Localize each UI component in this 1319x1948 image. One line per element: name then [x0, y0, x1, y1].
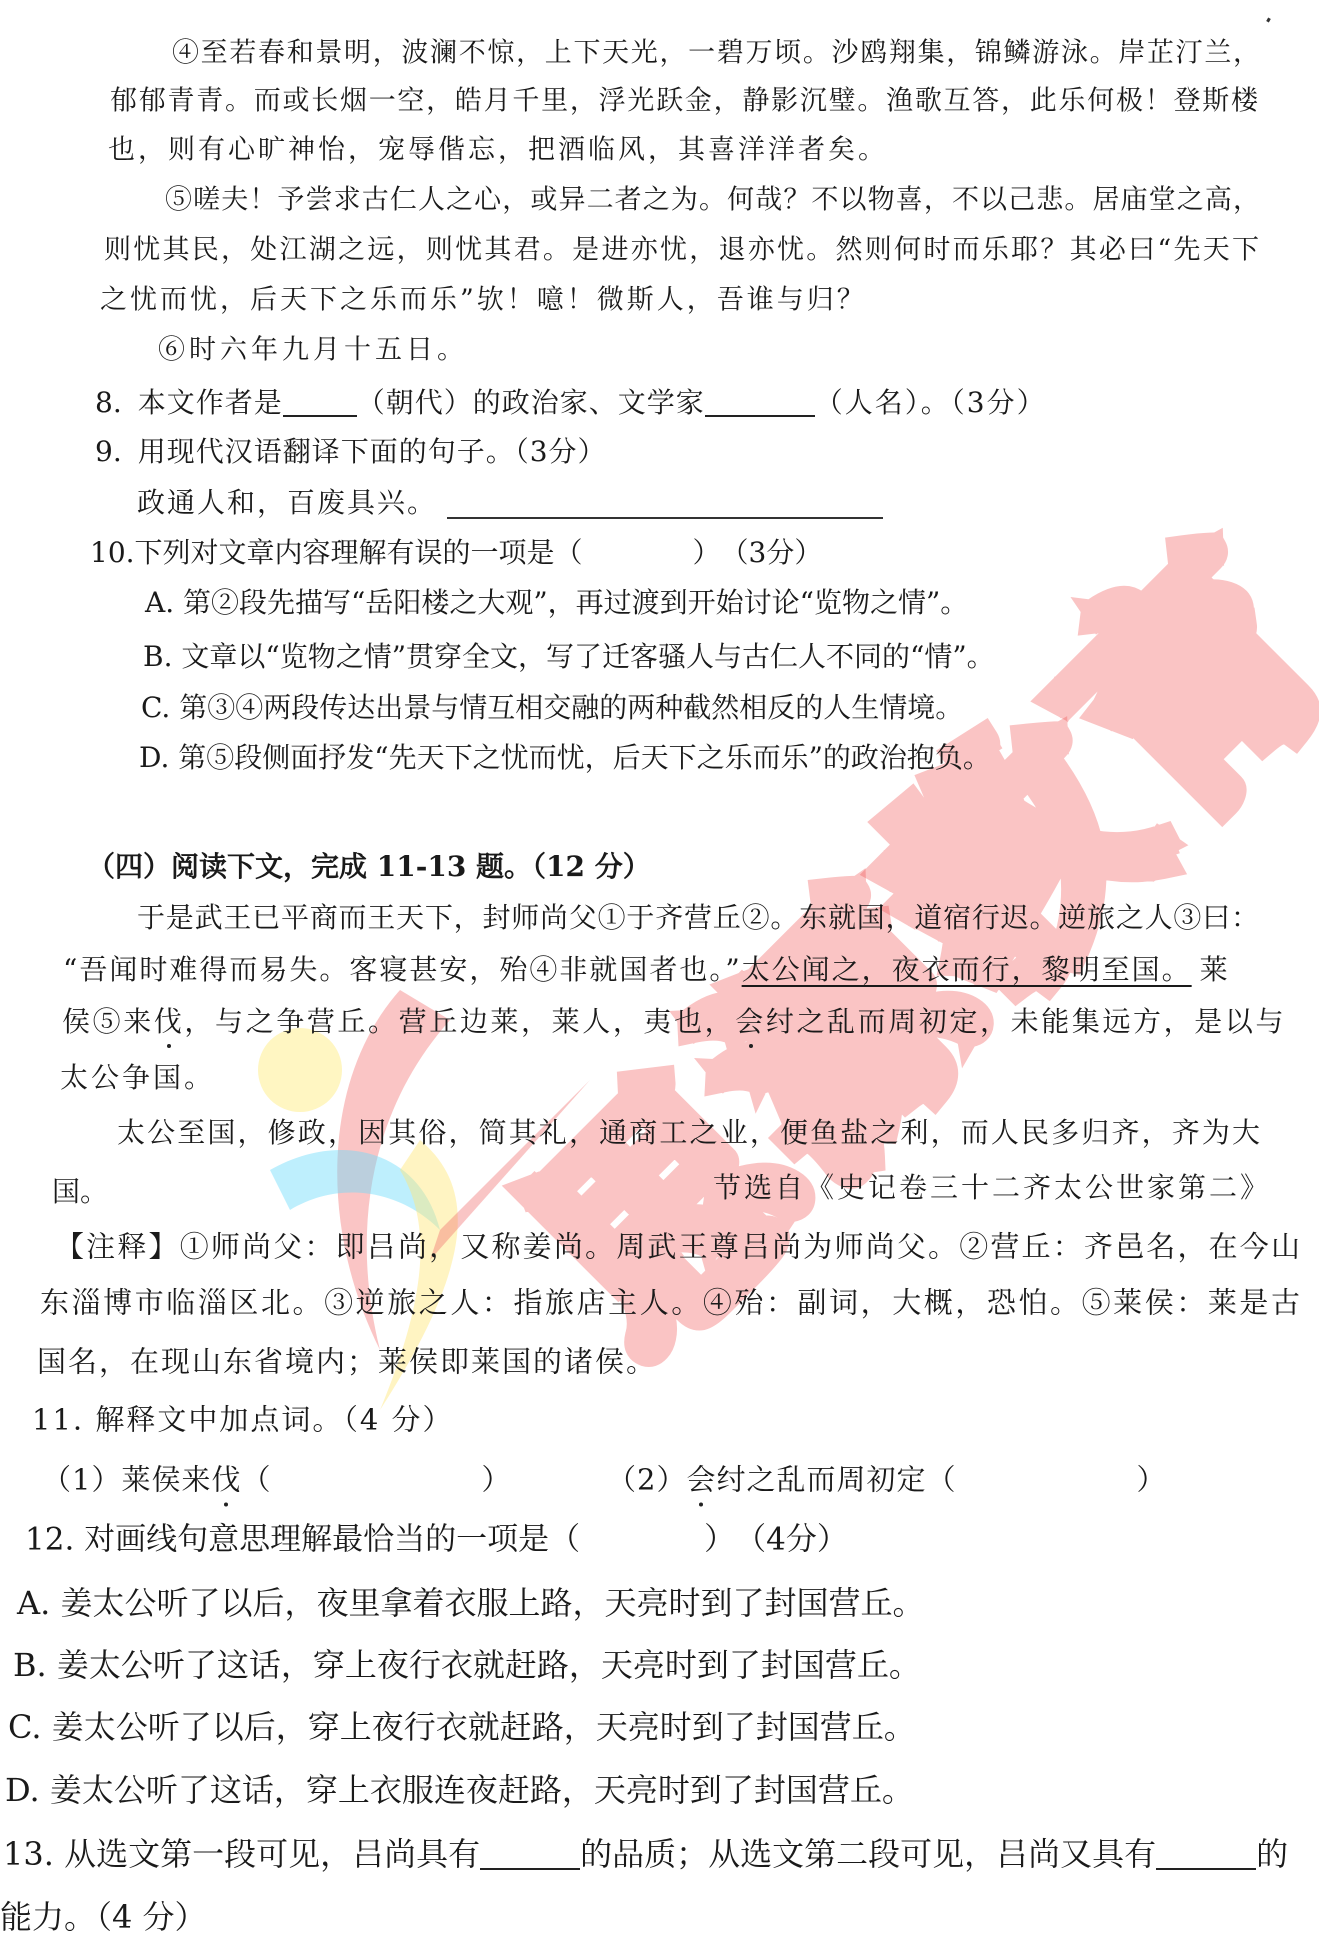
q9-prompt: 用现代汉语翻译下面的句子。（3分）	[138, 435, 607, 468]
q10-option-b: B. 文章以“览物之情”贯穿全文，写了迁客骚人与古仁人不同的“情”。	[143, 643, 995, 671]
q13-blank-1[interactable]	[480, 1836, 580, 1870]
passage-para5-line1: ⑤嗟夫！予尝求古仁人之心，或异二者之为。何哉？不以物喜，不以己悲。居庙堂之高，	[165, 187, 1260, 214]
q8-name-blank[interactable]	[705, 387, 815, 417]
document-content: ④至若春和景明，波澜不惊，上下天光，一碧万顷。沙鸥翔集，锦鳞游泳。岸芷汀兰， 郁…	[0, 0, 1319, 1948]
notes-line1: 【注释】①师尚父：即吕尚，又称姜尚。周武王尊吕尚为师尚父。②营丘：齐邑名，在今山	[55, 1233, 1300, 1262]
q11-item1-answer[interactable]: （ ）	[241, 1463, 511, 1497]
question-8: 8.本文作者是（朝代）的政治家、文学家（人名）。（3分）	[95, 387, 1047, 417]
q13-blank-2[interactable]	[1156, 1836, 1256, 1870]
section4-para1-line4: 太公争国。	[60, 1064, 215, 1092]
q8-dynasty-blank[interactable]	[283, 387, 357, 417]
notes-line3: 国名，在现山东省境内；莱侯即莱国的诸侯。	[37, 1348, 657, 1377]
passage-para6: ⑥时六年九月十五日。	[158, 337, 468, 364]
q13-text-c: 的	[1256, 1835, 1288, 1873]
passage-para4-line1: ④至若春和景明，波澜不惊，上下天光，一碧万顷。沙鸥翔集，锦鳞游泳。岸芷汀兰，	[172, 40, 1260, 67]
scan-speck	[1266, 18, 1271, 23]
line3-part-a: 侯⑤来	[62, 1005, 154, 1038]
q10-option-d: D. 第⑤段侧面抒发“先天下之忧而忧，后天下之乐而乐”的政治抱负。	[139, 744, 991, 772]
question-9: 9.用现代汉语翻译下面的句子。（3分）	[95, 438, 607, 466]
q11-item2-answer[interactable]: （ ）	[926, 1463, 1166, 1497]
q8-text-before: 本文作者是	[138, 386, 283, 419]
q13-text-b: 的品质；从选文第二段可见，吕尚又具有	[580, 1835, 1156, 1873]
q12-option-b: B. 姜太公听了这话，穿上夜行衣就赶路，天亮时到了封国营丘。	[13, 1649, 921, 1681]
q8-number: 8.	[95, 386, 122, 419]
q12-option-d: D. 姜太公听了这话，穿上衣服连夜赶路，天亮时到了封国营丘。	[5, 1774, 914, 1806]
q10-prompt: 下列对文章内容理解有误的一项是（	[135, 536, 583, 569]
q11-item2-label: （2）	[607, 1463, 686, 1497]
q13-line2: 能力。（4 分）	[0, 1901, 207, 1933]
q9-sentence: 政通人和，百废具兴。	[137, 489, 437, 517]
section4-para2-line1: 太公至国，修政，因其俗，简其礼，通商工之业，便鱼盐之利，而人民多归齐，齐为大	[117, 1119, 1260, 1147]
underlined-sentence: 太公闻之，夜衣而行，黎明至国。	[742, 953, 1192, 986]
q10-prompt-close: ） （3分）	[693, 536, 823, 569]
question-10: 10.下列对文章内容理解有误的一项是（） （3分）	[90, 539, 822, 567]
section4-para1-line3: 侯⑤来伐，与之争营丘。营丘边莱，莱人，夷也，会纣之乱而周初定，未能集远方，是以与	[62, 1008, 1286, 1036]
line3-part-b: ，与之争营丘。营丘边莱，莱人，夷也，	[184, 1005, 735, 1038]
q10-option-c: C. 第③④两段传达出景与情互相交融的两种截然相反的人生情境。	[141, 694, 963, 722]
dotted-word-fa-q11: 伐	[211, 1463, 241, 1497]
section4-para2-line2: 国。	[52, 1178, 108, 1206]
q13-text-a: 13. 从选文第一段可见，吕尚具有	[3, 1835, 480, 1873]
q8-text-mid: （朝代）的政治家、文学家	[357, 386, 705, 419]
question-13: 13. 从选文第一段可见，吕尚具有的品质；从选文第二段可见，吕尚又具有的	[3, 1836, 1288, 1870]
line3-part-c: 纣之乱而周初定，未能集远方，是以与	[766, 1005, 1286, 1038]
passage-para5-line2: 则忧其民，处江湖之远，则忧其君。是进亦忧，退亦忧。然则何时而乐耶？其必曰“先天下	[104, 237, 1259, 264]
question-11: 11. 解释文中加点词。（4 分）	[32, 1406, 454, 1435]
passage-para4-line2: 郁郁青青。而或长烟一空，皓月千里，浮光跃金，静影沉璧。渔歌互答，此乐何极！登斯楼	[110, 88, 1258, 115]
line2-tail: 莱	[1200, 953, 1230, 986]
q9-answer-line[interactable]	[447, 517, 883, 519]
dotted-word-fa: 伐	[154, 1005, 185, 1038]
question-12: 12. 对画线句意思理解最恰当的一项是（ ） （4分）	[25, 1525, 848, 1556]
quote-text: “吾闻时难得而易失。客寝甚安，殆④非就国者也。”	[63, 953, 742, 986]
q9-number: 9.	[95, 435, 122, 468]
q11-item-1: （1）莱侯来伐（ ）	[42, 1466, 511, 1495]
notes-line2: 东淄博市临淄区北。③逆旅之人：指旅店主人。④殆：副词，大概，恐怕。⑤莱侯：莱是古	[40, 1289, 1300, 1318]
section4-para1-line2: “吾闻时难得而易失。客寝甚安，殆④非就国者也。”太公闻之，夜衣而行，黎明至国。莱	[63, 956, 1230, 984]
q11-item-2: （2）会纣之乱而周初定（ ）	[607, 1466, 1167, 1495]
q8-text-after: （人名）。（3分）	[815, 386, 1047, 419]
section4-para1-line1: 于是武王已平商而王天下，封师尚父①于齐营丘②。东就国，道宿行迟。逆旅之人③曰：	[137, 904, 1259, 932]
q12-option-c: C. 姜太公听了以后，穿上夜行衣就赶路，天亮时到了封国营丘。	[8, 1711, 916, 1743]
exam-page: 思源教育 ④至若春和景明，波澜不惊，上下天光，一碧万顷。沙鸥翔集，锦鳞游泳。岸芷…	[0, 0, 1319, 1948]
q10-option-a: A. 第②段先描写“岳阳楼之大观”，再过渡到开始讨论“览物之情”。	[145, 589, 968, 617]
source-citation: 节选自《史记卷三十二齐太公世家第二》	[713, 1174, 1271, 1202]
passage-para5-line3: 之忧而忧，后天下之乐而乐”欤！噫！微斯人，吾谁与归？	[100, 287, 867, 314]
dotted-word-hui: 会	[735, 1005, 766, 1038]
q12-option-a: A. 姜太公听了以后，夜里拿着衣服上路，天亮时到了封国营丘。	[17, 1587, 924, 1619]
section-4-heading: （四）阅读下文，完成 11-13 题。（12 分）	[87, 853, 651, 881]
passage-para4-line3: 也，则有心旷神怡，宠辱偕忘，把酒临风，其喜洋洋者矣。	[108, 137, 888, 164]
q11-item2-rest: 纣之乱而周初定	[716, 1463, 926, 1497]
q11-item1-label: （1）莱侯来	[42, 1463, 211, 1497]
dotted-word-hui-q11: 会	[686, 1463, 716, 1497]
q10-number: 10.	[90, 536, 135, 569]
